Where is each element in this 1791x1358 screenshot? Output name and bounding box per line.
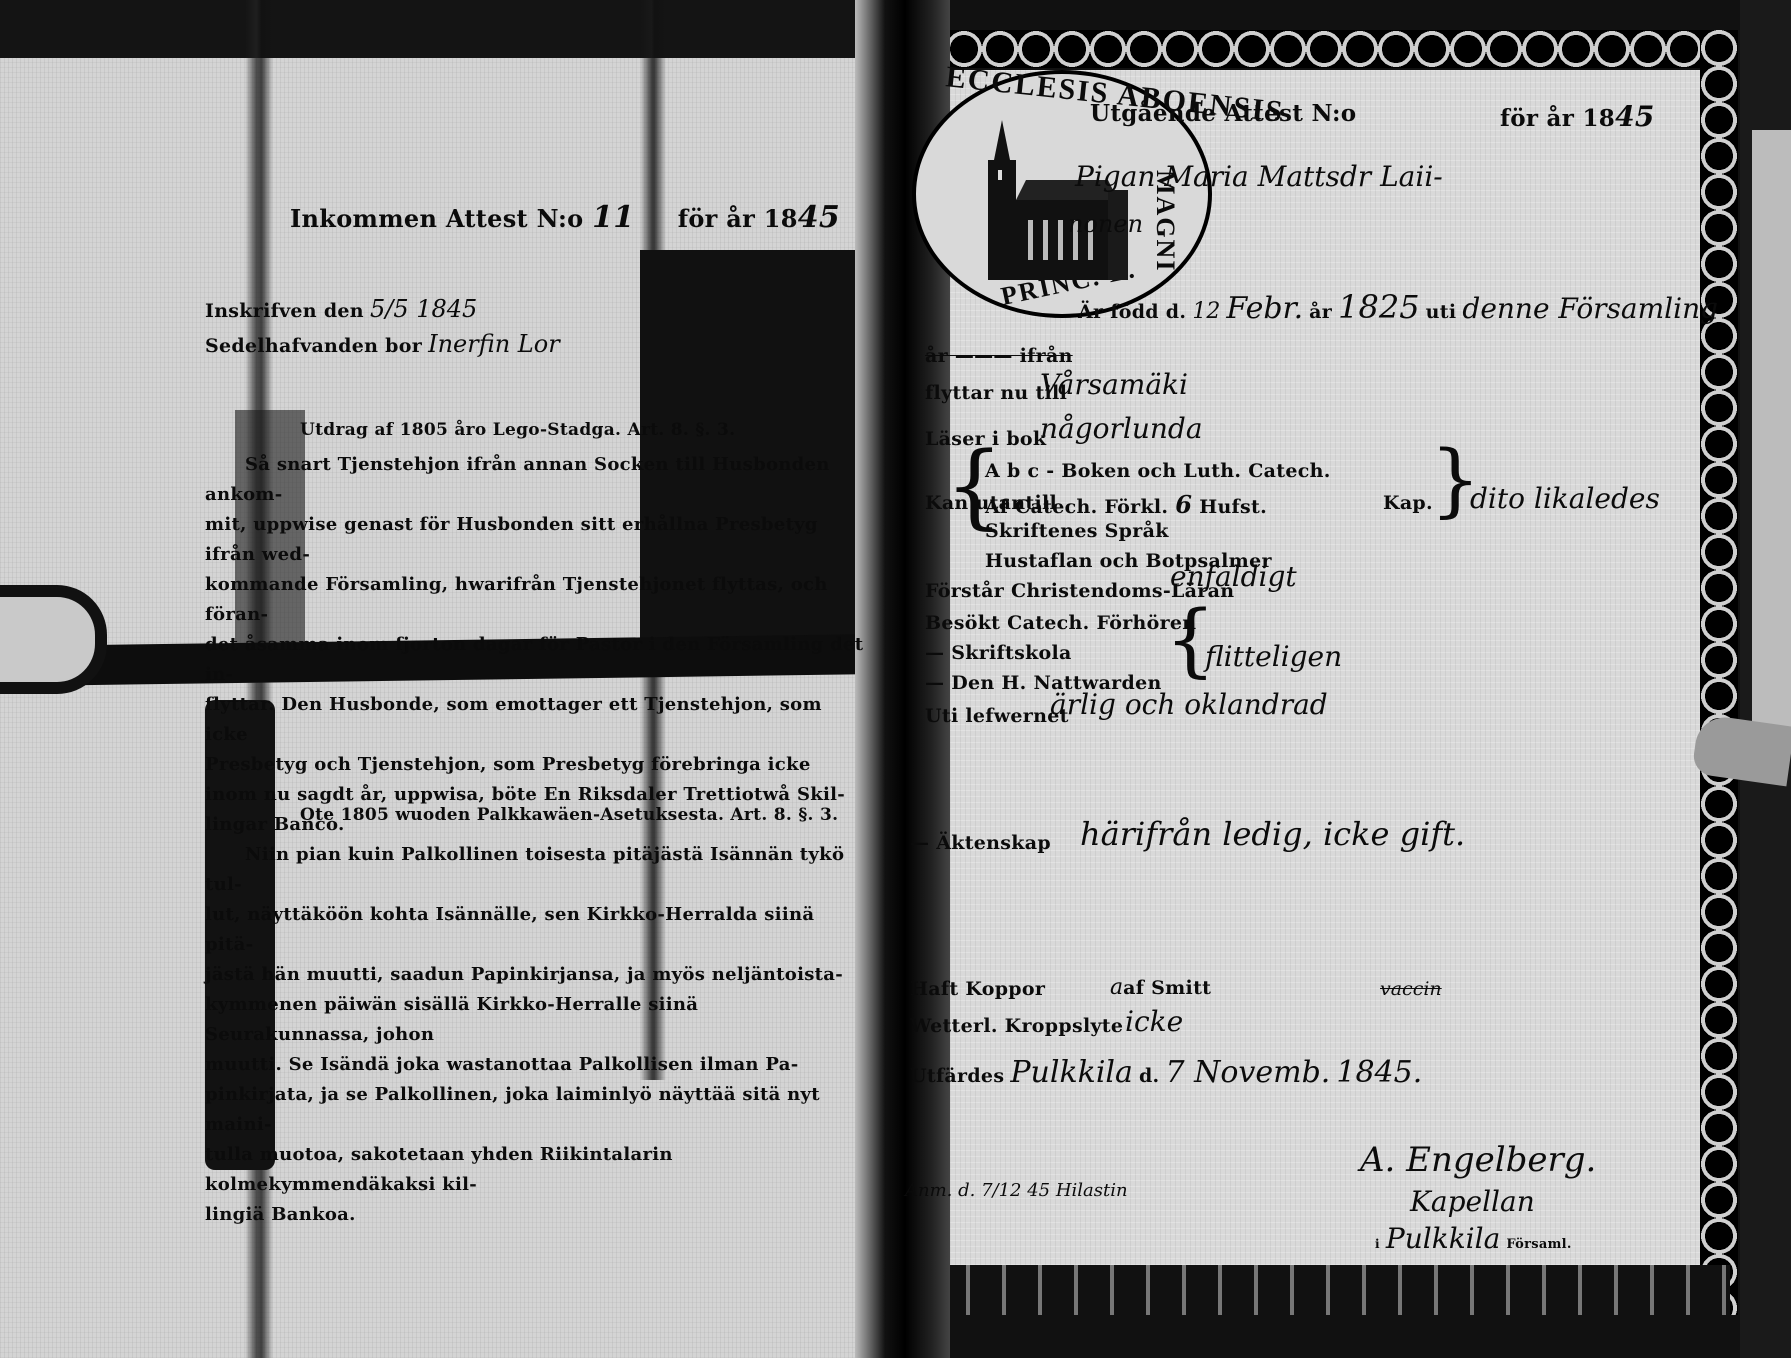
year-handwritten: 45 [1615, 100, 1655, 133]
smallpox-struck: vaccin [1380, 978, 1442, 1000]
attended-label: — Skriftskola [925, 642, 1072, 664]
marriage-value: härifrån ledig, icke gift. [1080, 815, 1465, 853]
parish-suffix: Församl. [1506, 1237, 1571, 1252]
registered-label: Inskrifven den [205, 300, 364, 322]
knowledge-item: A b c - Boken och Luth. Catech. [985, 460, 1331, 482]
born-month: Febr. [1226, 291, 1303, 326]
certificate-number: 11 [592, 200, 634, 235]
year-label: för år 18 [1500, 105, 1615, 132]
paragraph-line: det åsamma inom fjorton dagar för Pastor… [205, 630, 865, 690]
person-name: Pigan Maria Mattsdr Laii- [1075, 160, 1443, 193]
born-year: 1825 [1338, 288, 1419, 326]
born-place: denne Församling [1462, 292, 1718, 325]
holder-residence-line: Sedelhafvanden bor Inerfin Lor [205, 330, 560, 358]
attended-label: Besökt Catech. Förhören [925, 612, 1196, 634]
smallpox-label: Haft Koppor [910, 978, 1045, 1000]
parish-prefix: i [1375, 1237, 1380, 1251]
paragraph-line: kymmenen päiwän sisällä Kirkko-Herralle … [205, 990, 865, 1050]
paragraph-line: kommande Församling, hwarifrån Tjenstehj… [205, 570, 865, 630]
reading-value: någorlunda [1040, 412, 1203, 445]
paragraph-line: muutti. Se Isändä joka wastanottaa Palko… [205, 1050, 865, 1080]
paragraph-line: Presbetyg och Tjenstehjon, som Presbetyg… [205, 750, 865, 780]
paragraph-line: flyttar. Den Husbonde, som emottager ett… [205, 690, 865, 750]
margin-note: Anm. d. 7/12 45 Hilastin [905, 1180, 1128, 1201]
issued-year: 1845. [1336, 1055, 1422, 1090]
ornamental-border-bottom [910, 1265, 1730, 1315]
moved-from-label: år ——— ifrån [925, 345, 1073, 367]
year-label: för år 18 [678, 204, 798, 233]
year-handwritten: 45 [798, 200, 840, 235]
paragraph-line: tulla muotoa, sakotetaan yhden Riikintal… [205, 1140, 865, 1200]
paper-curl [0, 585, 107, 694]
born-day: 12 [1192, 299, 1220, 324]
born-year-label: år [1309, 301, 1332, 323]
birth-line: Är född d. 12 Febr. år 1825 uti denne Fö… [1078, 288, 1718, 326]
chapter-label: Kap. [1383, 492, 1433, 514]
signature-name: A. Engelberg. [1360, 1140, 1596, 1180]
understanding-value: enfaldigt [1170, 560, 1297, 593]
bodily-defect-label: Wetterl. Kroppslyte [910, 1015, 1123, 1037]
knowledge-item-text: Af Catech. Förkl. [985, 496, 1168, 518]
incoming-certificate-title: Inkommen Attest N:o 11 för år 1845 [290, 200, 840, 235]
conduct-value: ärlig och oklandrad [1050, 688, 1328, 721]
parish-name: Pulkkila [1386, 1222, 1500, 1255]
knowledge-hust-value: 6 [1175, 490, 1192, 519]
holder-label: Sedelhafvanden bor [205, 335, 422, 357]
issued-date-label: d. [1139, 1065, 1160, 1087]
registered-date: 5/5 1845 [370, 295, 477, 323]
issued-label: Utfärdes [910, 1065, 1004, 1087]
knowledge-item: Af Catech. Förkl. 6 Hufst. [985, 490, 1267, 519]
paragraph-line: lingiä Bankoa. [205, 1200, 865, 1230]
swedish-statute-paragraph: Så snart Tjenstehjon ifrån annan Socken … [205, 450, 865, 840]
issued-line: Utfärdes Pulkkila d. 7 Novemb. 1845. [910, 1055, 1422, 1090]
paragraph-line: mit, uppwise genast för Husbonden sitt e… [205, 510, 865, 570]
knowledge-hust-label: Hufst. [1199, 496, 1267, 518]
outgoing-certificate-title: Utgående Attest N:o [1090, 100, 1356, 127]
paragraph-line: Niin pian kuin Palkollinen toisesta pitä… [205, 840, 865, 900]
knowledge-value: dito likaledes [1470, 482, 1660, 515]
next-page-edge [1752, 130, 1791, 750]
page-top-edge-shadow [0, 0, 905, 58]
registered-line: Inskrifven den 5/5 1845 [205, 295, 477, 323]
title-printed: Inkommen Attest N:o [290, 204, 583, 233]
ornamental-border-right [1700, 30, 1738, 1315]
paragraph-line: pinkirjata, ja se Palkollinen, joka laim… [205, 1080, 865, 1140]
finnish-statute-paragraph: Niin pian kuin Palkollinen toisesta pitä… [205, 840, 865, 1230]
knowledge-item: Skriftenes Språk [985, 520, 1169, 542]
signature-parish-line: i Pulkkila Församl. [1375, 1222, 1572, 1255]
church-icon [958, 120, 1138, 280]
swedish-statute-heading: Utdrag af 1805 åro Lego-Stadga. Art. 8. … [300, 420, 735, 440]
finnish-statute-heading: Ote 1805 wuoden Palkkawäen-Asetuksesta. … [300, 805, 838, 825]
paragraph-line: jästä hän muutti, saadun Papinkirjansa, … [205, 960, 865, 990]
conduct-label: Uti lefwernet [925, 705, 1069, 727]
born-label: Är född d. [1078, 301, 1186, 323]
moving-to-value: Vårsamäki [1040, 368, 1188, 401]
ornamental-border-top [910, 30, 1730, 68]
bodily-defect-value: icke [1125, 1005, 1183, 1038]
smallpox-mid: af Smitt [1123, 977, 1211, 999]
marriage-label: — Äktenskap [910, 832, 1051, 854]
paragraph-line: lut, näyttäköön kohta Isännälle, sen Kir… [205, 900, 865, 960]
issued-place: Pulkkila [1010, 1055, 1133, 1090]
holder-value: Inerfin Lor [428, 330, 560, 358]
smallpox-line: aaf Smitt [1110, 975, 1211, 1000]
born-place-label: uti [1426, 301, 1457, 323]
person-name-cont: nonen [1068, 210, 1143, 238]
paragraph-line: Så snart Tjenstehjon ifrån annan Socken … [205, 450, 865, 510]
signature-title: Kapellan [1410, 1185, 1535, 1218]
outgoing-year: för år 1845 [1500, 100, 1655, 133]
attended-value: flitteligen [1205, 640, 1342, 673]
issued-date: 7 Novemb. [1166, 1055, 1331, 1090]
